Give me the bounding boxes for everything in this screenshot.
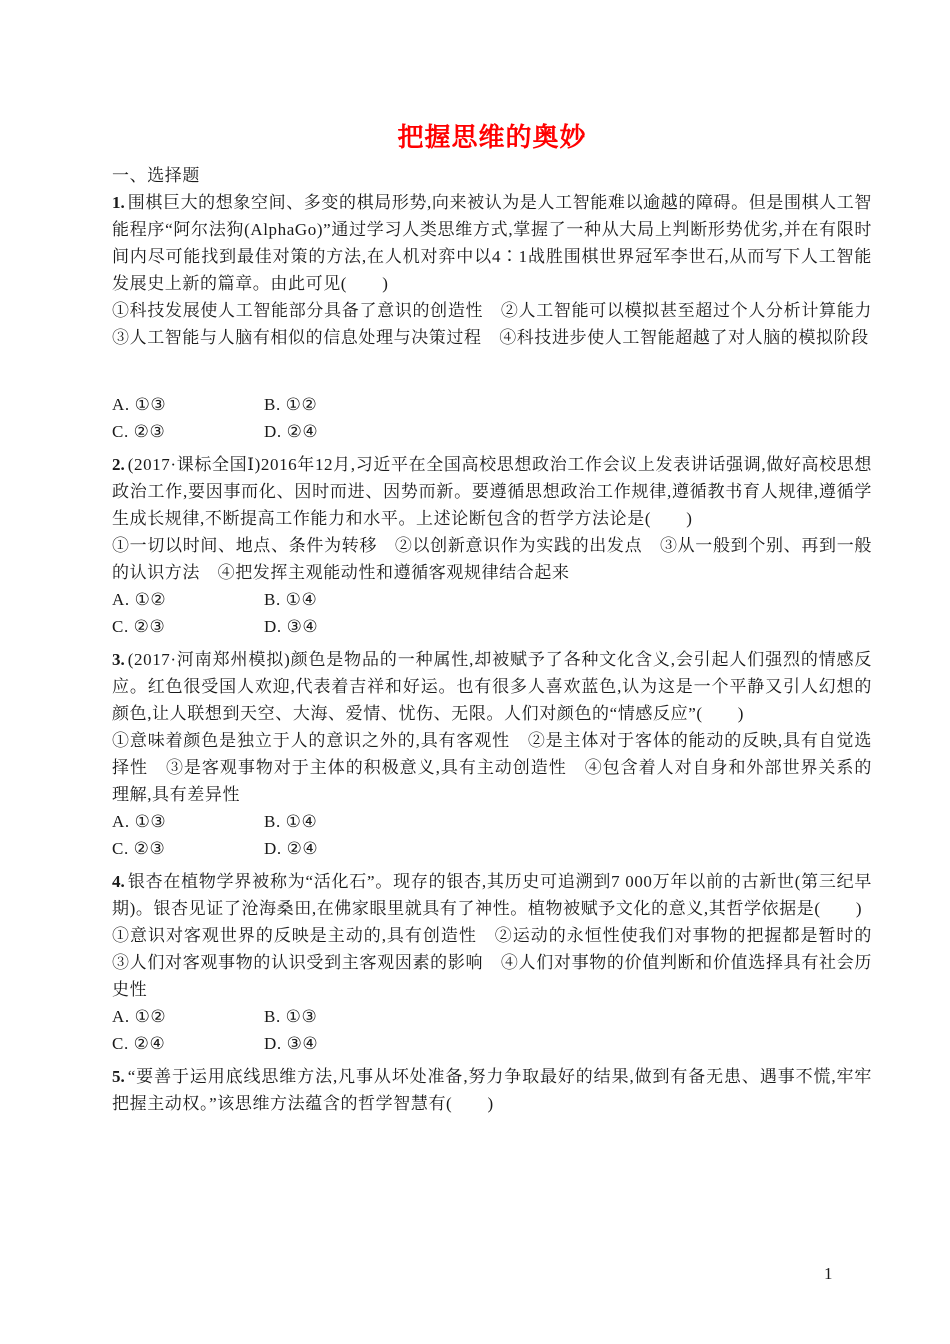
option-b: B. ①③ [264,1003,317,1030]
question-number: 4. [112,872,125,891]
option-a: A. ①② [112,586,264,613]
options-row: A. ①③ B. ①② [112,391,872,418]
options-row: A. ①③ B. ①④ [112,808,872,835]
question-stem: 4.银杏在植物学界被称为“活化石”。现存的银杏,其历史可追溯到7 000万年以前… [112,868,872,922]
question-3: 3.(2017·河南郑州模拟)颜色是物品的一种属性,却被赋予了各种文化含义,会引… [112,646,872,862]
blank-answer-space [112,351,872,391]
document-page: 把握思维的奥妙 一、选择题 1.围棋巨大的想象空间、多变的棋局形势,向来被认为是… [0,0,950,1344]
question-stem: 5.“要善于运用底线思维方法,凡事从坏处准备,努力争取最好的结果,做到有备无患、… [112,1063,872,1117]
question-choices: ①科技发展使人工智能部分具备了意识的创造性 ②人工智能可以模拟甚至超过个人分析计… [112,297,872,351]
section-header: 一、选择题 [112,162,872,189]
option-a: A. ①③ [112,391,264,418]
question-4: 4.银杏在植物学界被称为“活化石”。现存的银杏,其历史可追溯到7 000万年以前… [112,868,872,1057]
options-row: C. ②④ D. ③④ [112,1030,872,1057]
document-content: 把握思维的奥妙 一、选择题 1.围棋巨大的想象空间、多变的棋局形势,向来被认为是… [112,122,872,1123]
question-2: 2.(2017·课标全国Ⅰ)2016年12月,习近平在全国高校思想政治工作会议上… [112,451,872,640]
option-c: C. ②③ [112,613,264,640]
question-number: 5. [112,1067,125,1086]
question-5: 5.“要善于运用底线思维方法,凡事从坏处准备,努力争取最好的结果,做到有备无患、… [112,1063,872,1117]
question-choices: ①意味着颜色是独立于人的意识之外的,具有客观性 ②是主体对于客体的能动的反映,具… [112,727,872,808]
question-stem-text: 银杏在植物学界被称为“活化石”。现存的银杏,其历史可追溯到7 000万年以前的古… [112,872,872,918]
option-c: C. ②③ [112,835,264,862]
question-stem-text: (2017·河南郑州模拟)颜色是物品的一种属性,却被赋予了各种文化含义,会引起人… [112,650,872,723]
question-stem-text: “要善于运用底线思维方法,凡事从坏处准备,努力争取最好的结果,做到有备无患、遇事… [112,1067,872,1113]
option-b: B. ①② [264,391,317,418]
options-row: A. ①② B. ①④ [112,586,872,613]
question-stem: 3.(2017·河南郑州模拟)颜色是物品的一种属性,却被赋予了各种文化含义,会引… [112,646,872,727]
question-number: 3. [112,650,125,669]
question-number: 2. [112,455,125,474]
document-title: 把握思维的奥妙 [112,122,872,154]
question-stem-text: 围棋巨大的想象空间、多变的棋局形势,向来被认为是人工智能难以逾越的障碍。但是围棋… [112,193,872,293]
options-row: C. ②③ D. ③④ [112,613,872,640]
option-d: D. ③④ [264,1030,318,1057]
options-row: A. ①② B. ①③ [112,1003,872,1030]
options-row: C. ②③ D. ②④ [112,835,872,862]
question-choices: ①意识对客观世界的反映是主动的,具有创造性 ②运动的永恒性使我们对事物的把握都是… [112,922,872,1003]
question-choices: ①一切以时间、地点、条件为转移 ②以创新意识作为实践的出发点 ③从一般到个别、再… [112,532,872,586]
question-1: 1.围棋巨大的想象空间、多变的棋局形势,向来被认为是人工智能难以逾越的障碍。但是… [112,189,872,445]
option-d: D. ②④ [264,418,318,445]
option-c: C. ②③ [112,418,264,445]
question-number: 1. [112,193,125,212]
option-b: B. ①④ [264,808,317,835]
option-b: B. ①④ [264,586,317,613]
options-row: C. ②③ D. ②④ [112,418,872,445]
option-d: D. ③④ [264,613,318,640]
question-stem-text: (2017·课标全国Ⅰ)2016年12月,习近平在全国高校思想政治工作会议上发表… [112,455,872,528]
option-c: C. ②④ [112,1030,264,1057]
option-a: A. ①② [112,1003,264,1030]
option-a: A. ①③ [112,808,264,835]
question-stem: 1.围棋巨大的想象空间、多变的棋局形势,向来被认为是人工智能难以逾越的障碍。但是… [112,189,872,297]
question-stem: 2.(2017·课标全国Ⅰ)2016年12月,习近平在全国高校思想政治工作会议上… [112,451,872,532]
page-number: 1 [824,1260,833,1287]
option-d: D. ②④ [264,835,318,862]
